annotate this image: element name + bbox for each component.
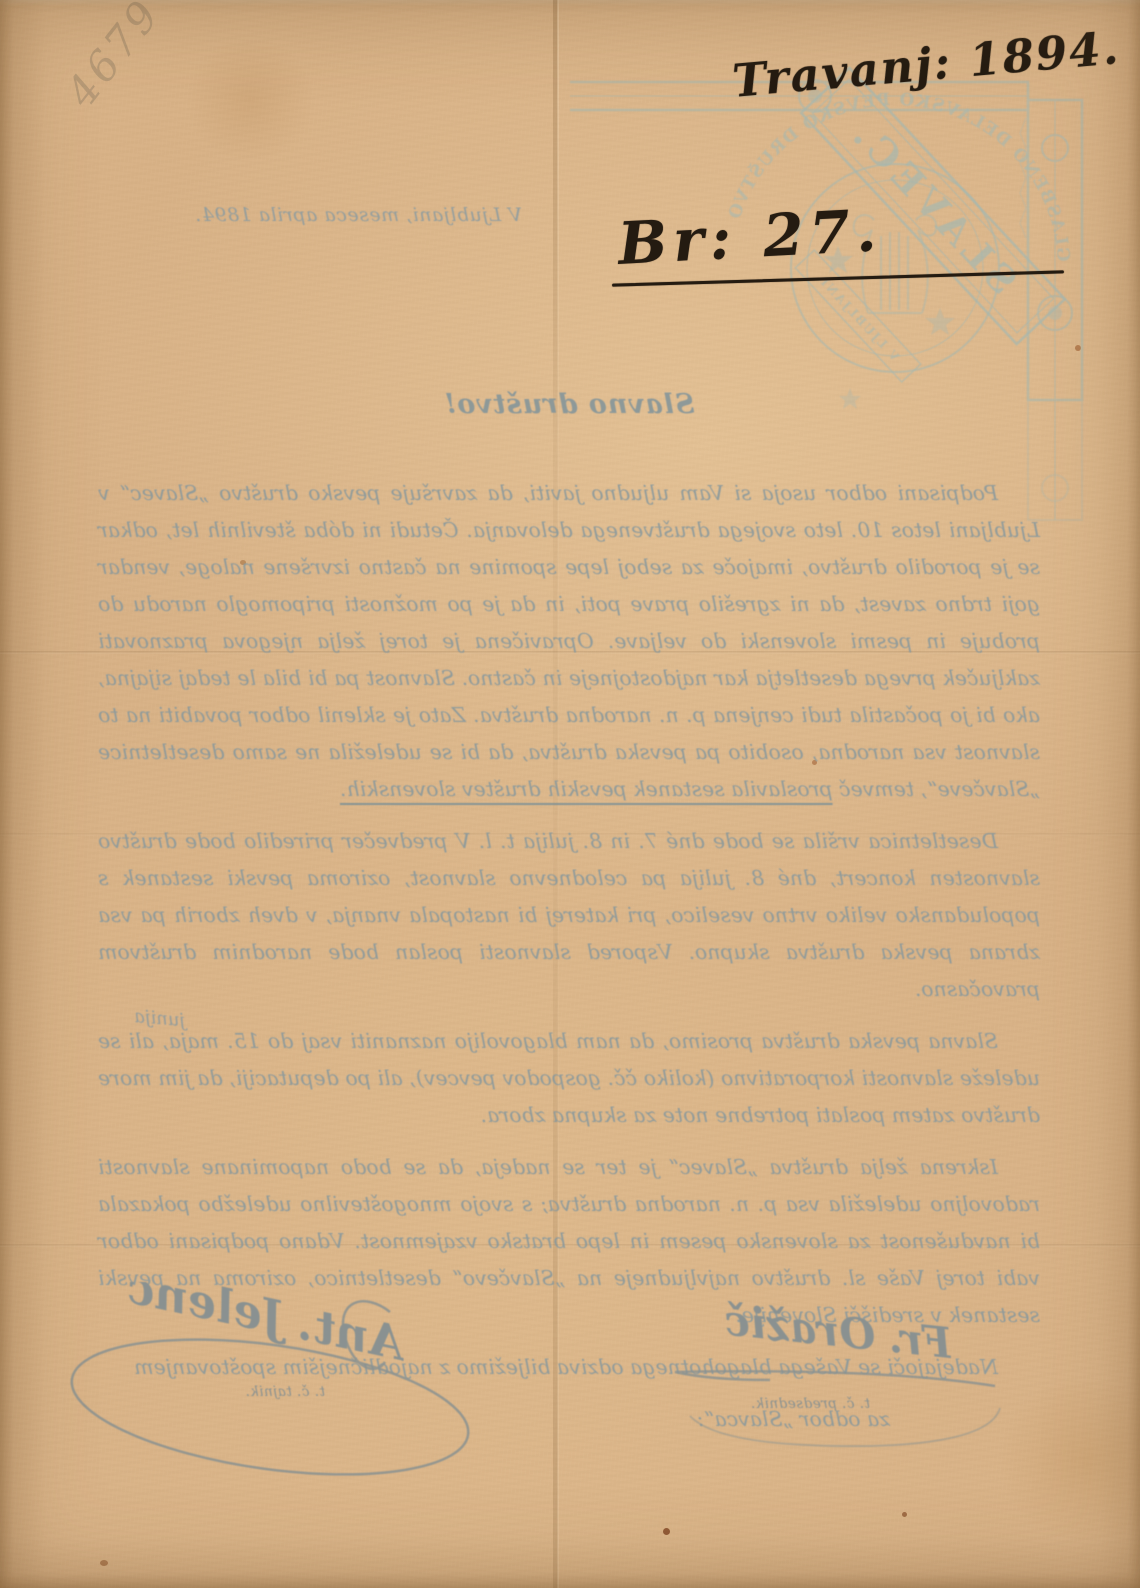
edge-vignette: [0, 0, 1140, 1588]
scanned-letter-page: { "colors":{"paper":"#d8b287","ink":"#24…: [0, 0, 1140, 1588]
